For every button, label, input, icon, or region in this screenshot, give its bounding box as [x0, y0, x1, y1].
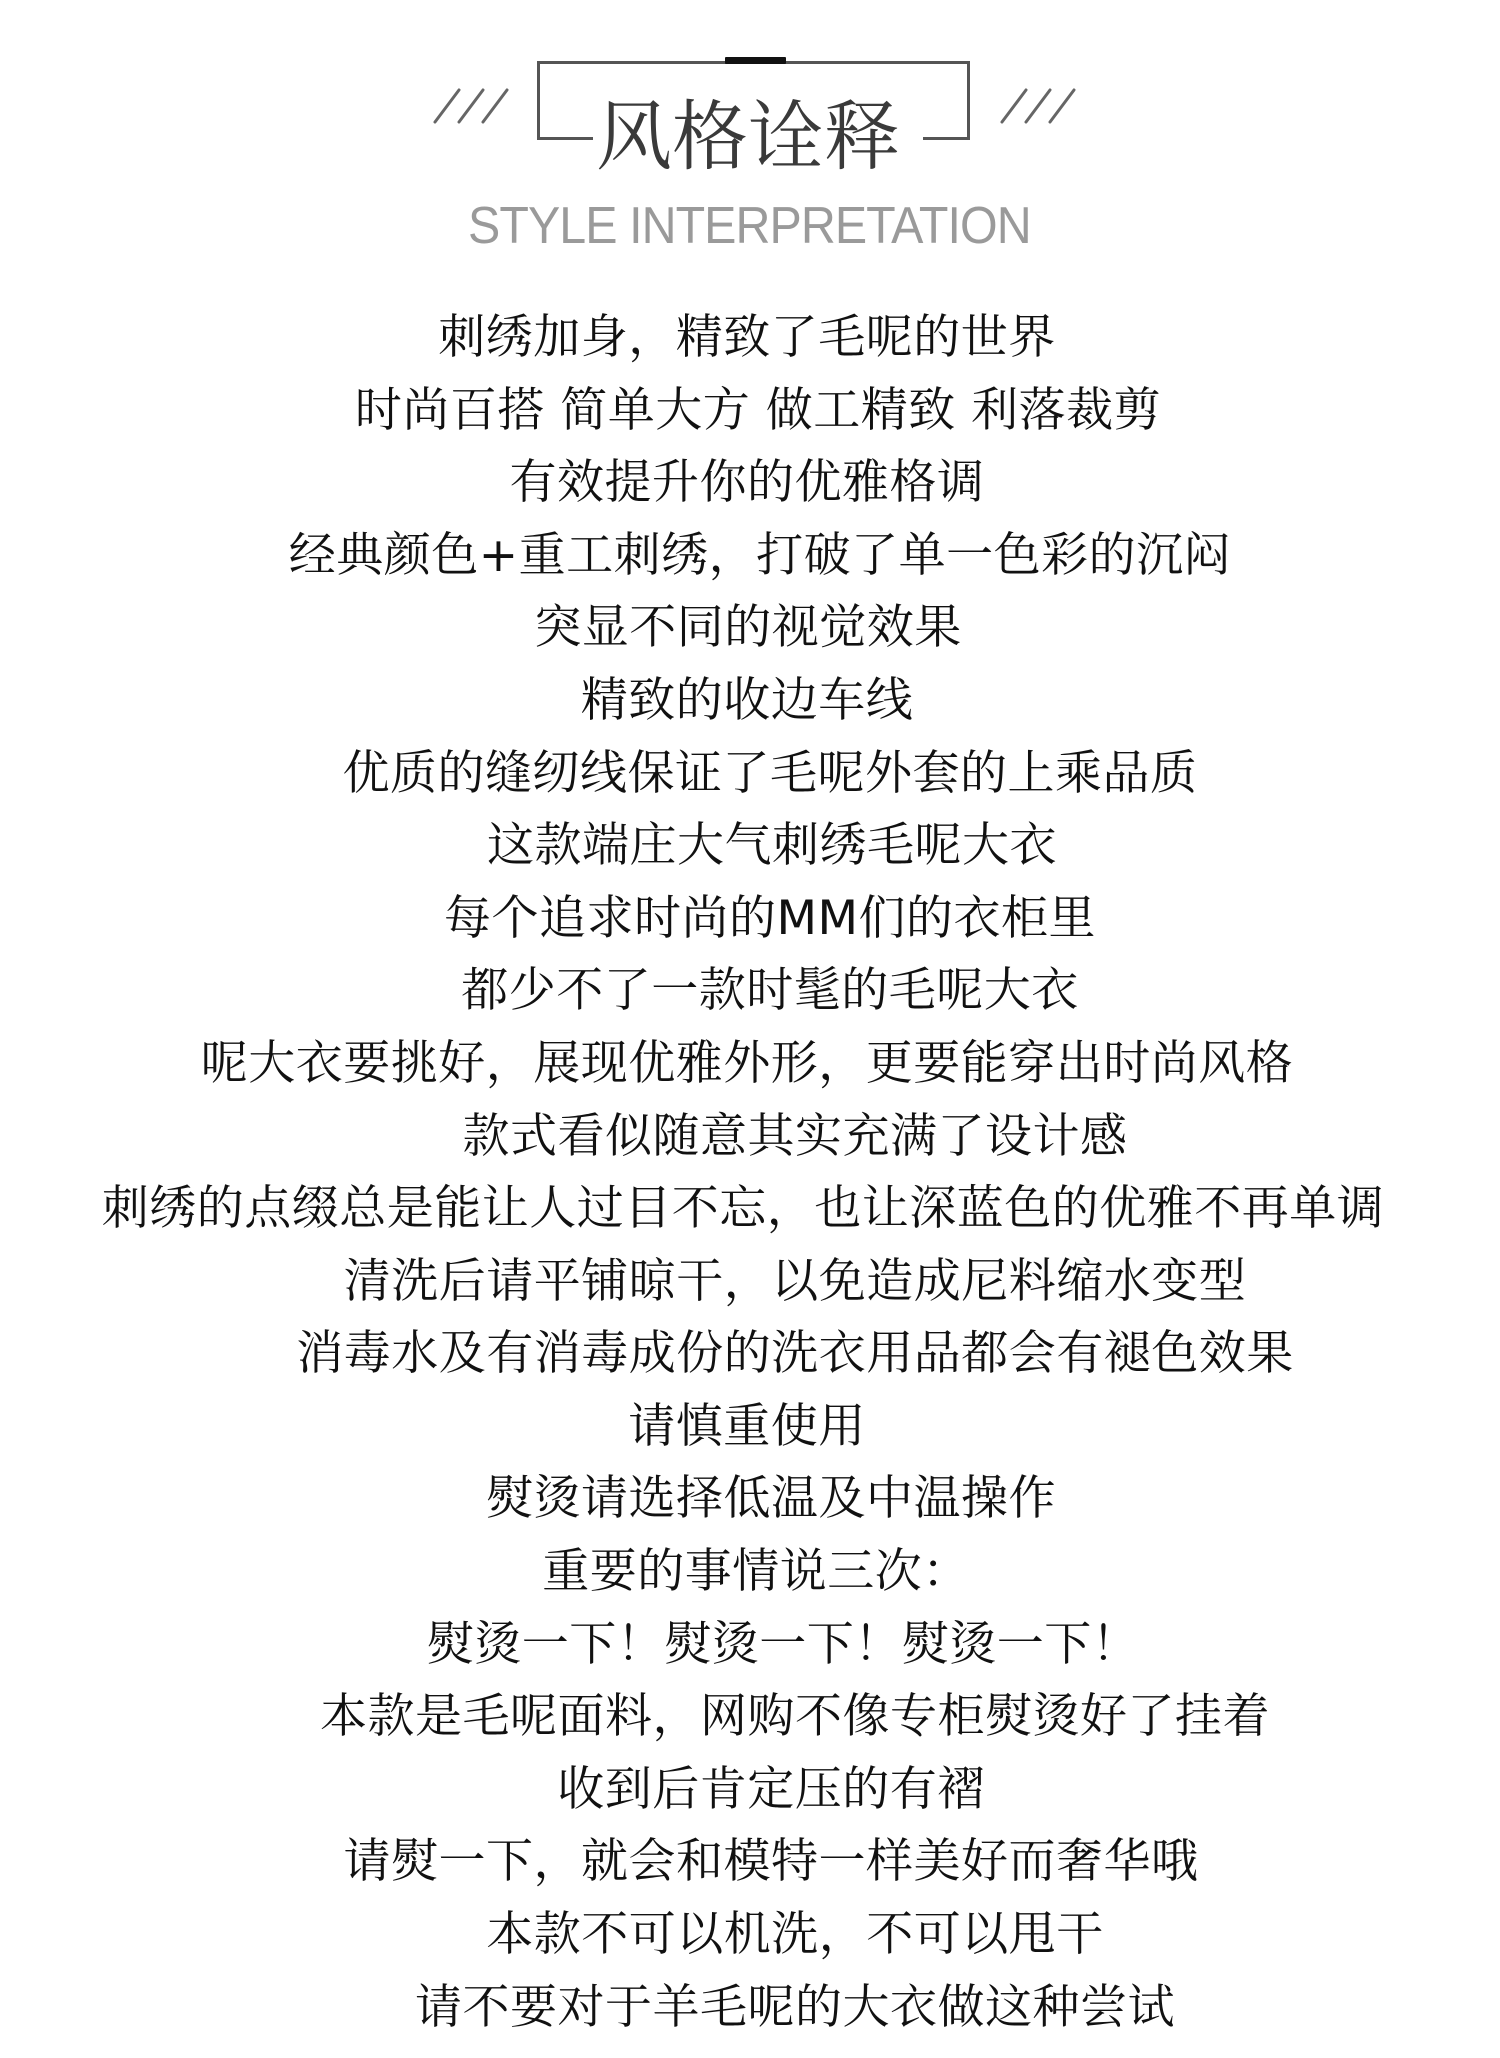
- description-line: 清洗后请平铺晾干，以免造成尼料缩水变型: [344, 1246, 1247, 1318]
- page-title: 风格诠释: [0, 92, 1500, 182]
- description-line: 经典颜色+重工刺绣，打破了单一色彩的沉闷: [289, 520, 1231, 592]
- page-subtitle: STYLE INTERPRETATION: [52, 196, 1447, 256]
- description-line: 款式看似随意其实充满了设计感: [463, 1101, 1128, 1173]
- description-line: 有效提升你的优雅格调: [510, 447, 985, 519]
- description-line: 本款不可以机洗，不可以甩干: [486, 1899, 1104, 1971]
- description-line: 消毒水及有消毒成份的洗衣用品都会有褪色效果: [296, 1318, 1294, 1390]
- page-title-text: 风格诠释: [596, 92, 900, 182]
- description-line: 呢大衣要挑好，展现优雅外形，更要能穿出时尚风格: [201, 1028, 1294, 1100]
- description-line: 请不要对于羊毛呢的大衣做这种尝试: [415, 1972, 1175, 2044]
- description-line: 刺绣的点缀总是能让人过目不忘，也让深蓝色的优雅不再单调: [102, 1173, 1385, 1245]
- description-line: 每个追求时尚的MM们的衣柜里: [444, 883, 1096, 955]
- description-line: 都少不了一款时髦的毛呢大衣: [461, 955, 1079, 1027]
- header-accent-bar: [725, 57, 786, 64]
- description-line: 熨烫请选择低温及中温操作: [486, 1463, 1056, 1535]
- description-line: 本款是毛呢面料，网购不像专柜熨烫好了挂着: [320, 1681, 1270, 1753]
- description-line: 重要的事情说三次：: [542, 1536, 970, 1608]
- description-line: 精致的收边车线: [581, 665, 914, 737]
- description-line: 突显不同的视觉效果: [534, 592, 962, 664]
- description-line: 请慎重使用: [628, 1391, 866, 1463]
- description-line: 请熨一下，就会和模特一样美好而奢华哦: [344, 1826, 1199, 1898]
- description-line: 熨烫一下！熨烫一下！熨烫一下！: [427, 1609, 1140, 1681]
- description-line: 时尚百搭 简单大方 做工精致 利落裁剪: [355, 375, 1161, 447]
- description-line: 优质的缝纫线保证了毛呢外套的上乘品质: [343, 738, 1198, 810]
- description-line: 这款端庄大气刺绣毛呢大衣: [487, 810, 1057, 882]
- description-line: 收到后肯定压的有褶: [557, 1754, 985, 1826]
- description-line: 刺绣加身，精致了毛呢的世界: [438, 302, 1056, 374]
